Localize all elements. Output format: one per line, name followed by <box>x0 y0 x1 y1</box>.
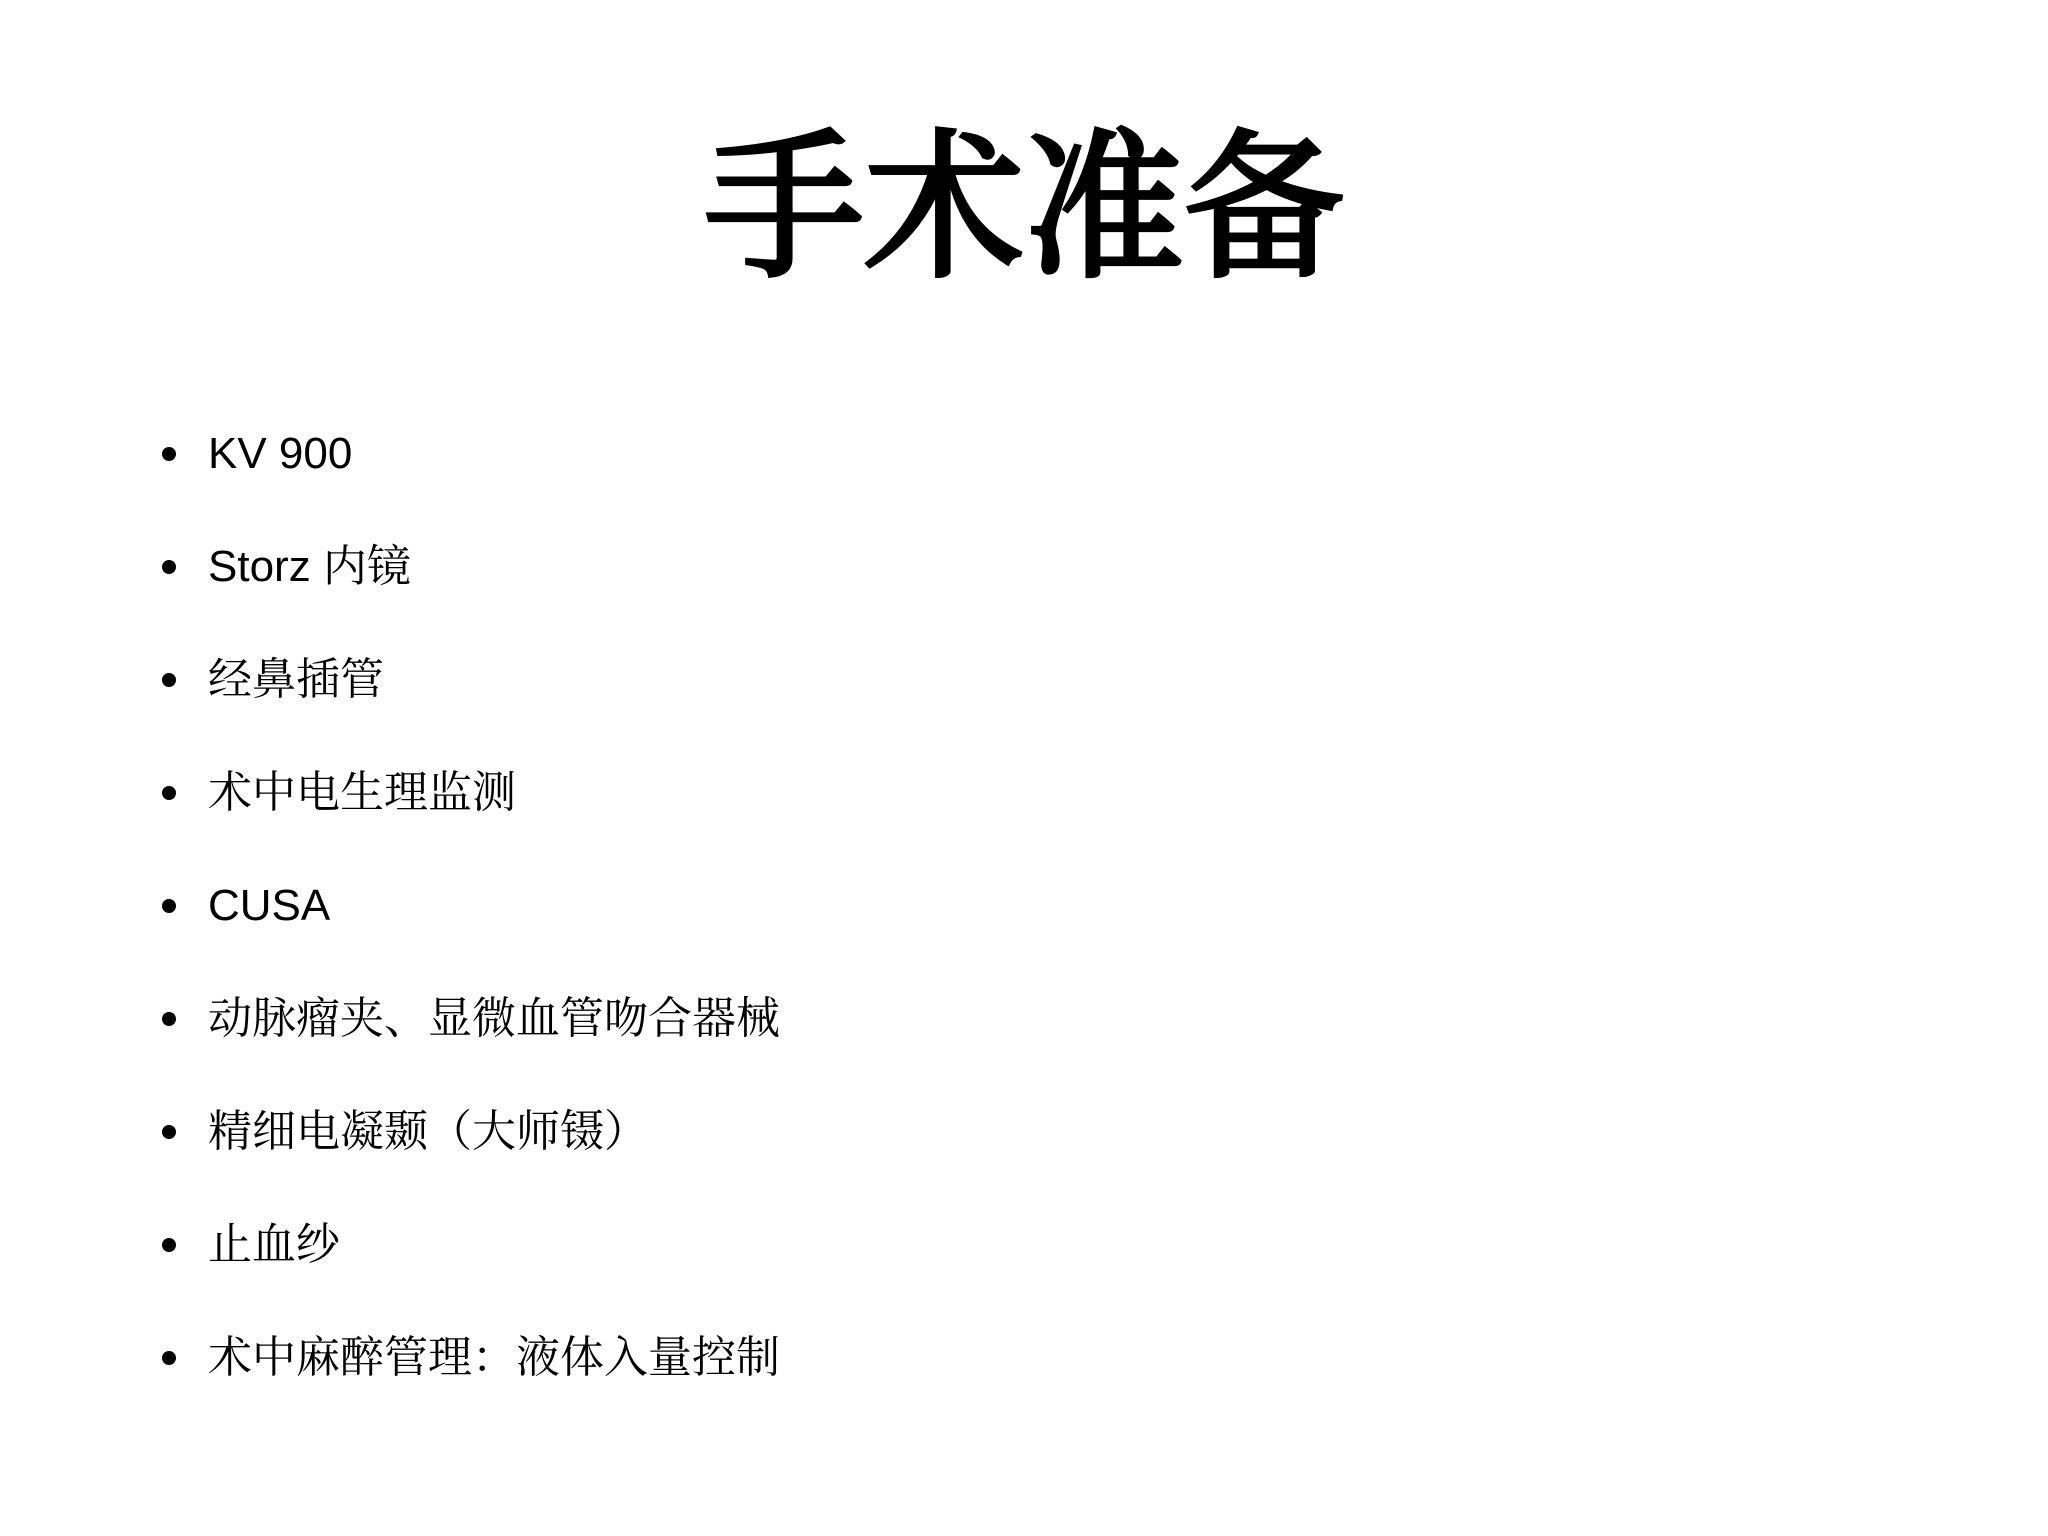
bullet-icon <box>162 447 176 461</box>
list-item: 经鼻插管 <box>162 654 780 706</box>
bullet-icon <box>162 899 176 913</box>
list-item: CUSA <box>162 880 780 932</box>
bullet-text: 术中电生理监测 <box>208 767 516 819</box>
bullet-icon <box>162 673 176 687</box>
list-item: 术中麻醉管理：液体入量控制 <box>162 1332 780 1384</box>
list-item: Storz 内镜 <box>162 541 780 593</box>
bullet-icon <box>162 1238 176 1252</box>
bullet-text: Storz 内镜 <box>208 541 411 593</box>
bullet-list: KV 900 Storz 内镜 经鼻插管 术中电生理监测 CUSA 动脉瘤夹、显… <box>162 428 780 1445</box>
bullet-text: KV 900 <box>208 428 352 480</box>
bullet-icon <box>162 1012 176 1026</box>
bullet-icon <box>162 786 176 800</box>
list-item: 动脉瘤夹、显微血管吻合器械 <box>162 993 780 1045</box>
list-item: 精细电凝颞（大师镊） <box>162 1106 780 1158</box>
presentation-slide: 手术准备 KV 900 Storz 内镜 经鼻插管 术中电生理监测 CUSA 动… <box>0 0 2048 1536</box>
list-item: 止血纱 <box>162 1219 780 1271</box>
bullet-text: 术中麻醉管理：液体入量控制 <box>208 1332 780 1384</box>
bullet-icon <box>162 560 176 574</box>
bullet-text: 精细电凝颞（大师镊） <box>208 1106 648 1158</box>
bullet-text: 止血纱 <box>208 1219 340 1271</box>
bullet-text: 经鼻插管 <box>208 654 384 706</box>
slide-title: 手术准备 <box>0 128 2048 288</box>
bullet-text: 动脉瘤夹、显微血管吻合器械 <box>208 993 780 1045</box>
list-item: KV 900 <box>162 428 780 480</box>
bullet-icon <box>162 1125 176 1139</box>
bullet-icon <box>162 1351 176 1365</box>
bullet-text: CUSA <box>208 880 330 932</box>
list-item: 术中电生理监测 <box>162 767 780 819</box>
